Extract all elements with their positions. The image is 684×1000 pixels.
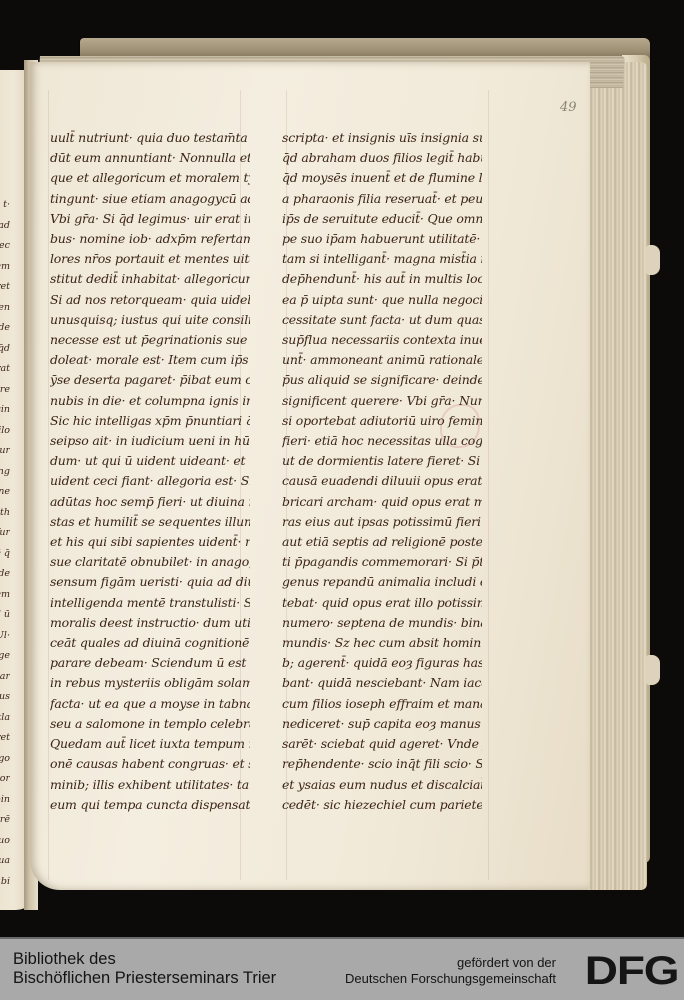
verso-fragment: ge — [0, 646, 10, 667]
manuscript-scan: t·adlecremretuendeq̄dratnaresinilointurI… — [0, 0, 684, 937]
text-line: ea p̄ uipta sunt· que nulla negocii ne — [282, 290, 482, 310]
text-line: genus repandū animalia includi ope — [282, 572, 482, 592]
text-line: bricari archam· quid opus erat mensu — [282, 492, 482, 512]
text-line: uident ceci fiant· allegoria est· Si ū — [50, 471, 250, 491]
text-line: Sic hic intelligas xp̄m p̄nuntiari q̄ de — [50, 411, 250, 431]
text-line: et his qui sibi sapientes uident̄· notic… — [50, 532, 250, 552]
verso-fragment: n ar — [0, 667, 10, 688]
text-line: cessitate sunt facta· ut dum quasi — [282, 310, 482, 330]
text-line: cedēt· sic hiezechiel cum pariete sibi — [282, 795, 482, 815]
folio-number: 49 — [560, 100, 577, 115]
verso-fragment: ioret — [0, 728, 10, 749]
verso-fragment: ē de — [0, 564, 10, 585]
footer-banner: Bibliothek des Bischöflichen Priestersem… — [0, 937, 684, 1000]
parchment-fragment — [646, 655, 660, 685]
verso-fragment: fur — [0, 523, 10, 544]
verso-fragment: erubi — [0, 872, 10, 893]
verso-fragment: nor — [0, 769, 10, 790]
verso-fragment: pua — [0, 851, 10, 872]
text-line: causā euadendi diluuii opus erat fa — [282, 471, 482, 491]
text-line: in rebus mysteriis obligām solam a parte — [50, 673, 250, 693]
text-line: dūt eum annuntiant· Nonnulla etiā sunt — [50, 148, 250, 168]
verso-fragment: nare — [0, 380, 10, 401]
verso-fragment: rat — [0, 359, 10, 380]
verso-fragment: nago — [0, 749, 10, 770]
text-line: p̄us aliquid se significare· deinde q̄d — [282, 370, 482, 390]
verso-fragment: sin — [0, 400, 10, 421]
text-line: uult̄ nutriunt· quia duo testam̄ta conce — [50, 128, 250, 148]
verso-fragment: q̄d — [0, 339, 10, 360]
verso-fragment: tarē — [0, 810, 10, 831]
verso-fragment: poth — [0, 503, 10, 524]
funding-line1: gefördert von der — [345, 955, 556, 971]
text-line: mundis· Sz hec cum absit hominu — [282, 633, 482, 653]
text-line: tingunt· siue etiam anagogycū addunt· — [50, 189, 250, 209]
verso-fragment: estla — [0, 708, 10, 729]
parchment-fragment — [646, 245, 660, 275]
text-line: necesse est ut p̄egrinationis sue erumna — [50, 330, 250, 350]
verso-fragment: aduo — [0, 831, 10, 852]
text-line: rep̄hendente· scio inq̄t fili scio· Sic — [282, 754, 482, 774]
verso-fragment: ē q̄ — [0, 544, 10, 565]
text-line: ip̄s de seruitute educit̄· Que omnia tem — [282, 209, 482, 229]
text-line: ut de dormientis latere fieret· Si — [282, 451, 482, 471]
text-column-right: scripta· et insignis uīs insignia sunt· … — [282, 128, 482, 815]
verso-fragment: ad — [0, 216, 10, 237]
verso-fragment: lec — [0, 236, 10, 257]
text-line: q̄d moysēs inuent̄ et de flumine leuatus — [282, 168, 482, 188]
verso-fragment: Ul· — [0, 626, 10, 647]
verso-fragment: d ū — [0, 605, 10, 626]
text-line: lores nr̄os portauit et mentes uite con — [50, 249, 250, 269]
verso-fragment: lbin — [0, 790, 10, 811]
text-line: stas et humilit̄ se sequentes illuminet· — [50, 512, 250, 532]
text-line: tam si intelligant̄· magna mist̄ia in is… — [282, 249, 482, 269]
text-line: ceāt quales ad diuinā cognitionē nos p̄ — [50, 633, 250, 653]
verso-fragment: ilo — [0, 421, 10, 442]
verso-fragment: unus — [0, 687, 10, 708]
text-line: tebat· quid opus erat illo potissimū — [282, 593, 482, 613]
text-line: Vbi gr̄a· Si q̄d legimus· uir erat in ta — [50, 209, 250, 229]
text-line: numero· septena de mundis· bina de im — [282, 613, 482, 633]
text-line: intelligenda mentē transtulisti· Sz nec — [50, 593, 250, 613]
text-line: q̄d abraham duos filios legit̄ habuisse· — [282, 148, 482, 168]
text-line: Si ad nos retorqueam· quia uidelicet — [50, 290, 250, 310]
text-line: seu a salomone in templo celebrata sunt· — [50, 714, 250, 734]
funding-credit: gefördert von der Deutschen Forschungsge… — [345, 955, 556, 987]
text-line: stitut dedit̄ inhabitat· allegoricum est… — [50, 269, 250, 289]
verso-fragment: cone — [0, 482, 10, 503]
text-line: si oportebat adiutoriū uiro feminā — [282, 411, 482, 431]
text-line: et ysaias eum nudus et discalciat̄ in — [282, 775, 482, 795]
library-name-line1: Bibliothek des — [13, 950, 276, 969]
verso-fragment: ret — [0, 277, 10, 298]
verso-text-fragments: t·adlecremretuendeq̄dratnaresinilointurI… — [0, 195, 10, 892]
text-line: seipso ait· in iudicium ueni in hūc mū — [50, 431, 250, 451]
verso-fragment: rem — [0, 257, 10, 278]
text-line: doleat· morale est· Item cum ip̄s eū mo — [50, 350, 250, 370]
text-line: unusquisq; iustus qui uite consiliū reci… — [50, 310, 250, 330]
text-line: minib; illis exhibent utilitates· tam p̄ — [50, 775, 250, 795]
verso-fragment: intur — [0, 441, 10, 462]
verso-fragment: Ing — [0, 462, 10, 483]
text-line: nediceret· sup̄ capita eoȝ manus decu — [282, 714, 482, 734]
text-line: sarēt· sciebat quid ageret· Vnde filio — [282, 734, 482, 754]
text-column-left: uult̄ nutriunt· quia duo testam̄ta conce… — [50, 128, 250, 815]
verso-fragment: de — [0, 318, 10, 339]
text-line: Quedam aut̄ licet iuxta tempum rati — [50, 734, 250, 754]
text-line: scripta· et insignis uīs insignia sunt· … — [282, 128, 482, 148]
text-line: unt̄· ammoneant animū rationalem — [282, 350, 482, 370]
verso-fragment: t· — [0, 195, 10, 216]
page-fore-edge — [585, 62, 647, 890]
text-line: ras eius aut ipsas potissimū fieri· — [282, 512, 482, 532]
text-line: sup̄flua necessariis contexta inueni — [282, 330, 482, 350]
text-line: aut etiā septis ad religionē posteritat — [282, 532, 482, 552]
text-line: fieri· etiā hoc necessitas ulla cogebat — [282, 431, 482, 451]
library-name: Bibliothek des Bischöflichen Priestersem… — [13, 950, 276, 988]
text-line: bant· quidā nesciebant· Nam iacob — [282, 673, 482, 693]
text-line: bus· nomine iob· adxp̄m refertam· q̄ do — [50, 229, 250, 249]
text-line: moralis deest instructio· dum utiq; do — [50, 613, 250, 633]
text-line: que et allegoricum et moralem typum — [50, 168, 250, 188]
text-line: parare debeam· Sciendum ū est q̄ dam — [50, 653, 250, 673]
text-line: eum qui tempa cuncta dispensat nob̄ — [50, 795, 250, 815]
text-line: dum· ut qui ū uident uideant· et qui — [50, 451, 250, 471]
text-line: sensum figām ueristi· quia ad diuina — [50, 572, 250, 592]
text-line: b; agerent̄· quidā eoȝ figuras has esse … — [282, 653, 482, 673]
dfg-logo: DFG — [584, 953, 678, 989]
funding-line2: Deutschen Forschungsgemeinschaft — [345, 971, 556, 987]
verso-fragment: uen — [0, 298, 10, 319]
text-line: facta· ut ea que a moyse in tabnaculo· — [50, 694, 250, 714]
text-line: onē causas habent congruas· et suas ho — [50, 754, 250, 774]
text-line: cum filios ioseph effraim et manasse be — [282, 694, 482, 714]
text-line: nubis in die· et columpna ignis in nocte… — [50, 391, 250, 411]
text-line: pe suo ip̄am habuerunt utilitatē· et — [282, 229, 482, 249]
library-name-line2: Bischöflichen Priesterseminars Trier — [13, 969, 276, 988]
ruling-line — [48, 90, 49, 880]
ruling-line — [488, 90, 489, 880]
text-line: ȳse deserta pagaret· p̄ibat eum colūpna — [50, 370, 250, 390]
text-line: dep̄hendunt̄· his aut̄ in multis locis — [282, 269, 482, 289]
text-line: ti p̄pagandis commemorari· Si p̄t — [282, 552, 482, 572]
verso-fragment: tem — [0, 585, 10, 606]
text-line: a pharaonis filia reseruat̄· et peum p̄e… — [282, 189, 482, 209]
text-line: sue claritatē obnubilet· in anagogycū — [50, 552, 250, 572]
text-line: significent querere· Vbi gr̄a· Numq̄d — [282, 391, 482, 411]
text-line: adūtas hoc semp̄ fieri· ut diuina maie — [50, 492, 250, 512]
